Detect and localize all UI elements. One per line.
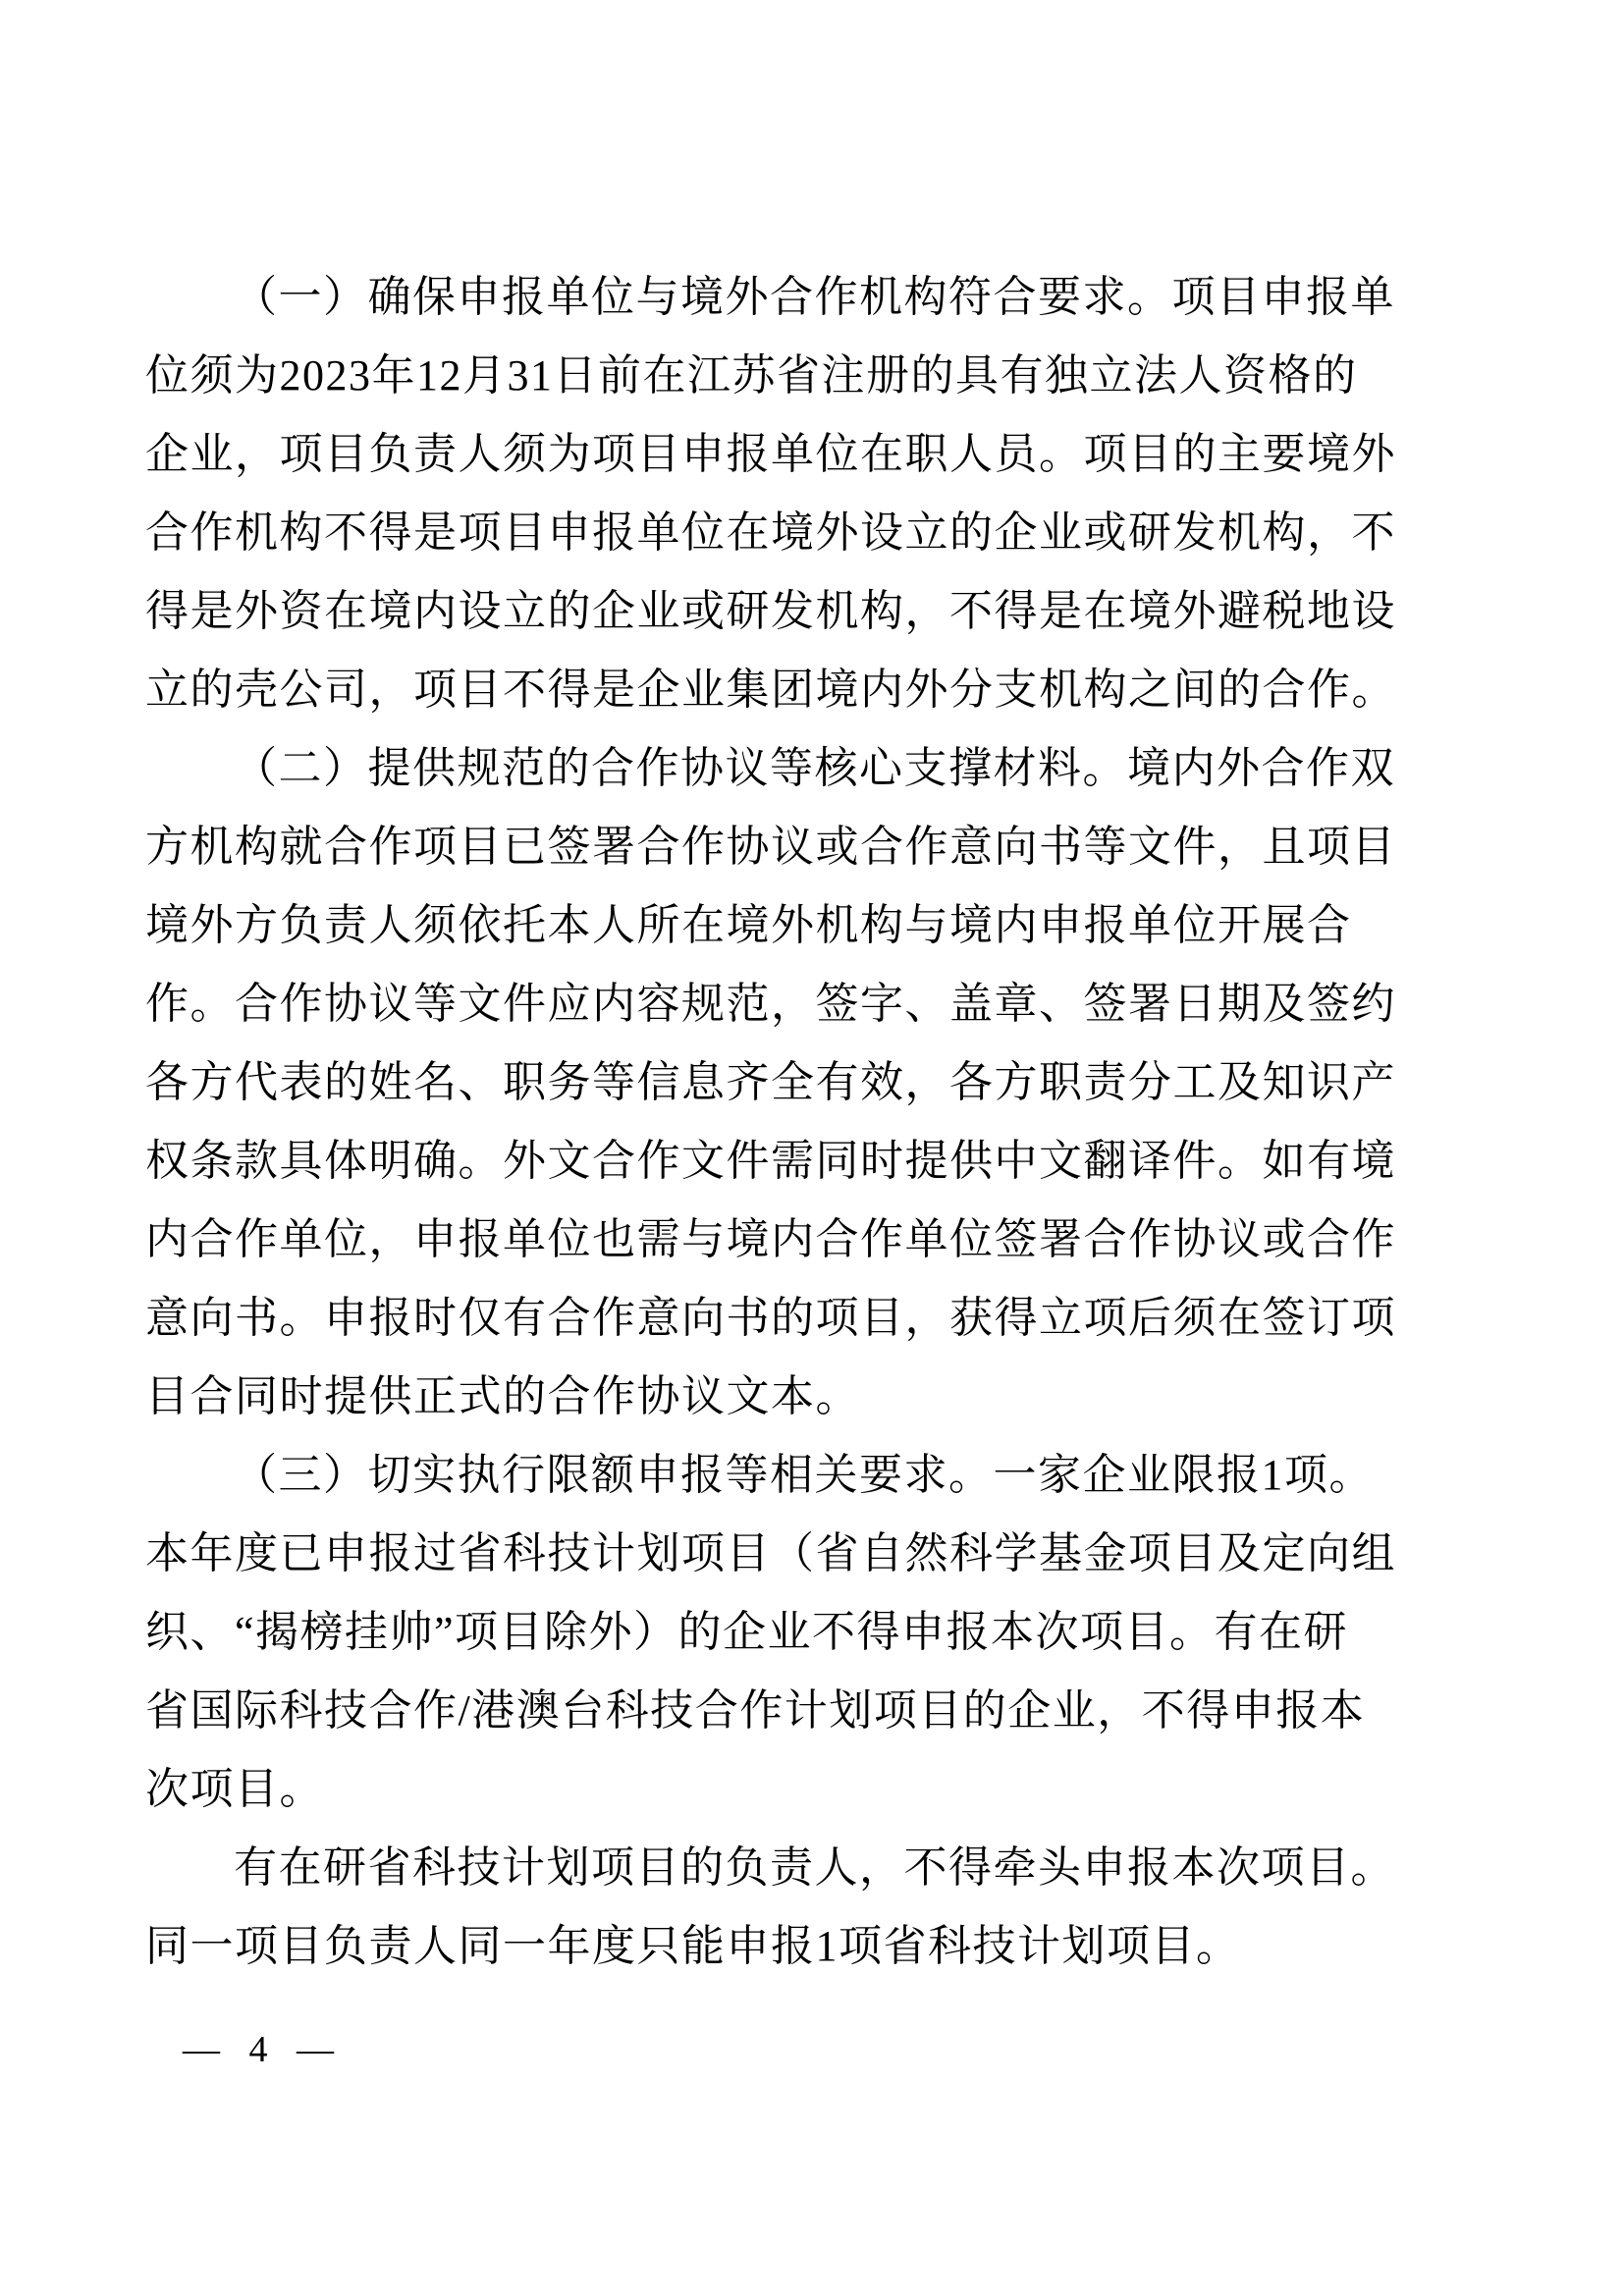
text-line: 意向书。申报时仅有合作意向书的项目，获得立项后须在签订项 [145, 1279, 1412, 1358]
text-line: 立的壳公司，项目不得是企业集团境内外分支机构之间的合作。 [145, 651, 1412, 729]
text-line: 省国际科技合作/港澳台科技合作计划项目的企业，不得申报本 [145, 1672, 1412, 1750]
paragraph: 有在研省科技计划项目的负责人，不得牵头申报本次项目。同一项目负责人同一年度只能申… [145, 1829, 1412, 1986]
text-line: （三）切实执行限额申报等相关要求。一家企业限报1项。 [145, 1436, 1412, 1515]
text-line: 目合同时提供正式的合作协议文本。 [145, 1358, 1412, 1436]
text-line: 织、“揭榜挂帅”项目除外）的企业不得申报本次项目。有在研 [145, 1593, 1412, 1672]
paragraph: （三）切实执行限额申报等相关要求。一家企业限报1项。本年度已申报过省科技计划项目… [145, 1436, 1412, 1829]
text-line: 本年度已申报过省科技计划项目（省自然科学基金项目及定向组 [145, 1515, 1412, 1593]
text-line: 企业，项目负责人须为项目申报单位在职人员。项目的主要境外 [145, 415, 1412, 494]
text-line: 作。合作协议等文件应内容规范，签字、盖章、签署日期及签约 [145, 965, 1412, 1043]
page-number: — 4 — [183, 2020, 344, 2079]
paragraph: （二）提供规范的合作协议等核心支撑材料。境内外合作双方机构就合作项目已签署合作协… [145, 729, 1412, 1436]
text-line: 同一项目负责人同一年度只能申报1项省科技计划项目。 [145, 1907, 1412, 1986]
text-line: 次项目。 [145, 1750, 1412, 1829]
text-line: 内合作单位，申报单位也需与境内合作单位签署合作协议或合作 [145, 1201, 1412, 1279]
text-line: 得是外资在境内设立的企业或研发机构，不得是在境外避税地设 [145, 572, 1412, 651]
text-line: （一）确保申报单位与境外合作机构符合要求。项目申报单 [145, 258, 1412, 337]
text-line: 各方代表的姓名、职务等信息齐全有效，各方职责分工及知识产 [145, 1043, 1412, 1122]
document-page: （一）确保申报单位与境外合作机构符合要求。项目申报单位须为2023年12月31日… [0, 0, 1623, 2296]
text-line: （二）提供规范的合作协议等核心支撑材料。境内外合作双 [145, 729, 1412, 808]
text-line: 有在研省科技计划项目的负责人，不得牵头申报本次项目。 [145, 1829, 1412, 1907]
text-line: 合作机构不得是项目申报单位在境外设立的企业或研发机构，不 [145, 494, 1412, 572]
text-line: 权条款具体明确。外文合作文件需同时提供中文翻译件。如有境 [145, 1122, 1412, 1201]
paragraph: （一）确保申报单位与境外合作机构符合要求。项目申报单位须为2023年12月31日… [145, 258, 1412, 729]
text-line: 位须为2023年12月31日前在江苏省注册的具有独立法人资格的 [145, 337, 1412, 415]
text-line: 方机构就合作项目已签署合作协议或合作意向书等文件，且项目 [145, 808, 1412, 886]
document-body: （一）确保申报单位与境外合作机构符合要求。项目申报单位须为2023年12月31日… [145, 258, 1412, 1986]
text-line: 境外方负责人须依托本人所在境外机构与境内申报单位开展合 [145, 886, 1412, 965]
